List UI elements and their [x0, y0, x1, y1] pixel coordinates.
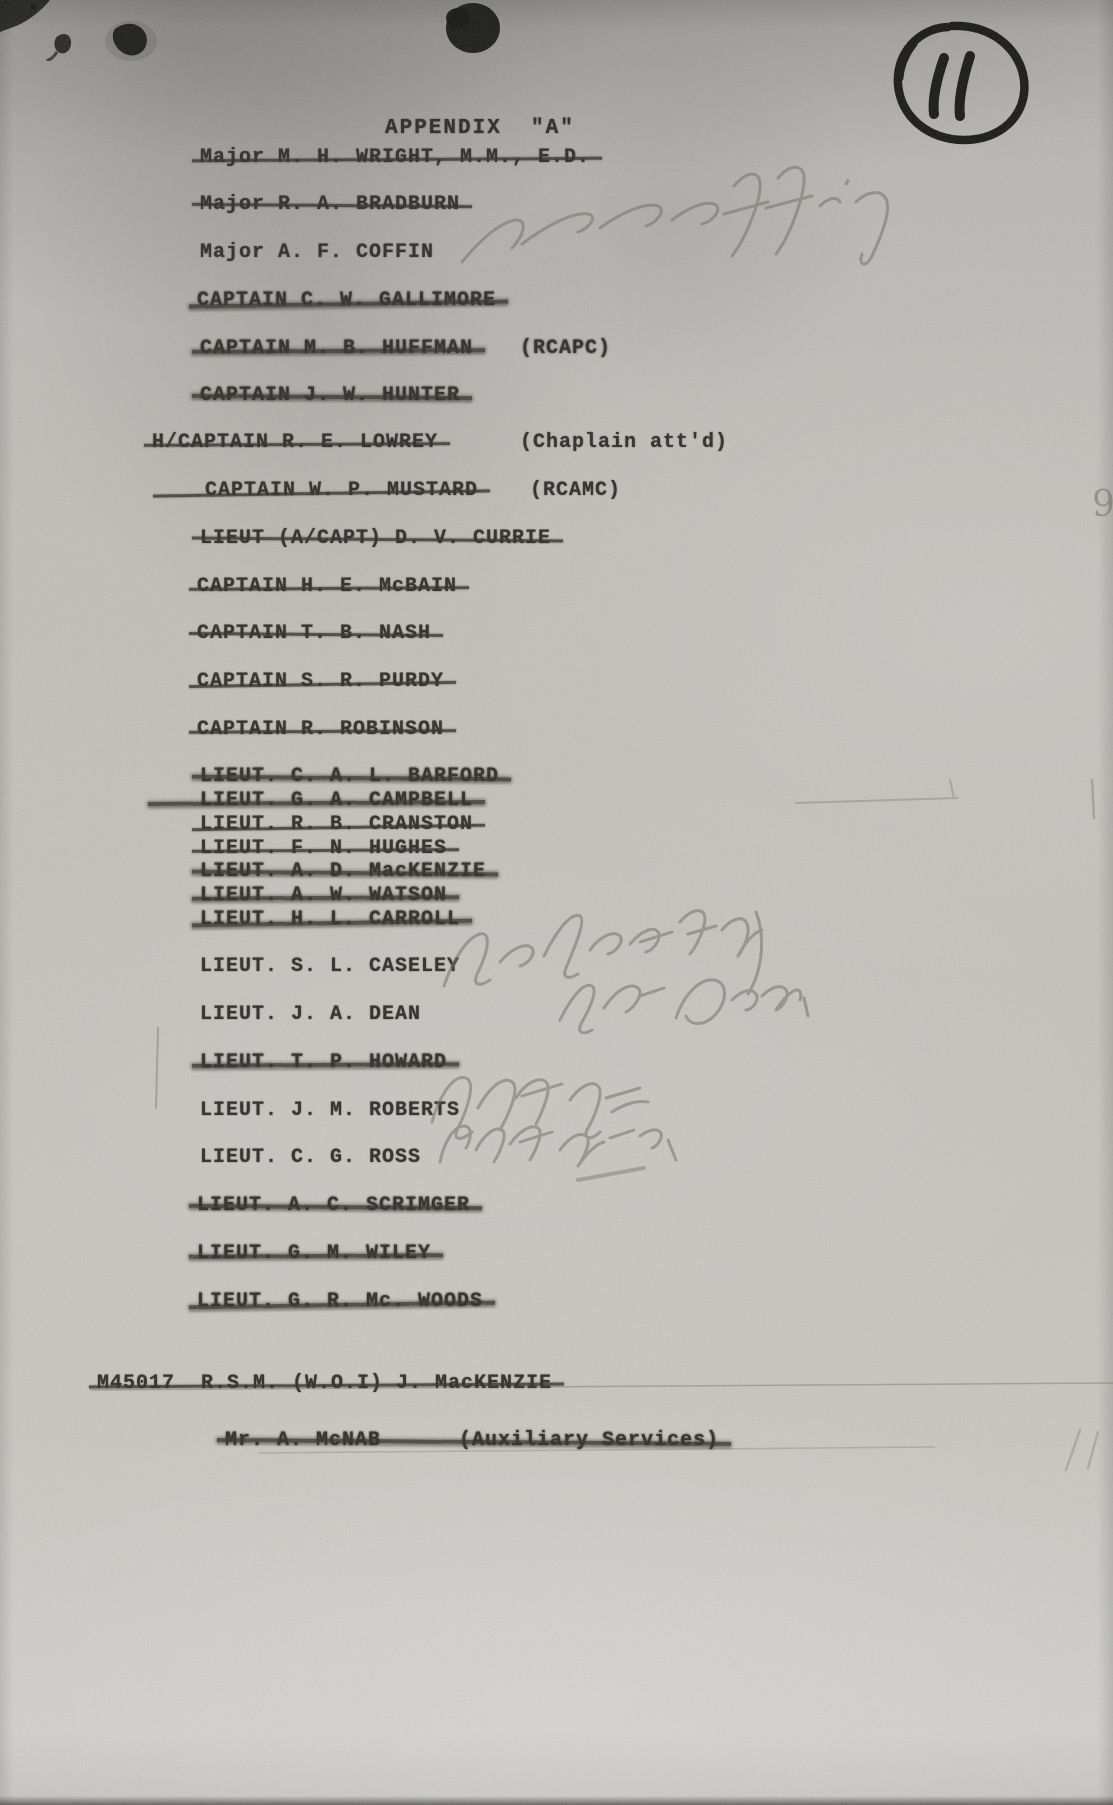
punch-dot-top-center [446, 3, 500, 53]
page-number-digit-1 [934, 58, 944, 114]
ink-blot-top-left-corner [0, 0, 50, 32]
roster-line: Major R. A. BRADBURN [200, 193, 460, 216]
roster-line: LIEUT. C. G. ROSS [200, 1146, 421, 1169]
scan-marks-overlay: 9 [0, 0, 1113, 1805]
punch-dot-bump [446, 8, 470, 28]
roster-line: LIEUT. R. B. CRANSTON [200, 813, 473, 836]
ink-blot-halo [105, 21, 157, 61]
roster-line: Major A. F. COFFIN [200, 241, 434, 264]
roster-note: (RCAMC) [530, 479, 621, 502]
roster-line: LIEUT. J. M. ROBERTS [200, 1099, 460, 1122]
roster-line: CAPTAIN J. W. HUNTER [200, 384, 460, 407]
roster-line: H/CAPTAIN R. E. LOWREY(Chaplain att'd) [152, 431, 438, 454]
roster-line: LIEUT. A. D. MacKENZIE [200, 860, 486, 883]
ink-speck [30, 4, 36, 10]
scan-grain [0, 0, 1113, 1805]
pencil-margin-line [156, 1028, 158, 1108]
roster-line: LIEUT. F. N. HUGHES [200, 837, 447, 860]
signature-ross-scribble [440, 1126, 676, 1180]
pencil-edge-dash [1092, 780, 1094, 818]
circle-overlap-stroke [900, 44, 914, 78]
pencil-rule-mark [796, 780, 958, 803]
signature-roberts-scribble [432, 1077, 648, 1138]
roster-line: LIEUT. A. C. SCRIMGER [197, 1194, 470, 1217]
roster-line: Major M. H. WRIGHT, M.M., E.D. [200, 146, 590, 169]
ink-blot-medium [113, 24, 147, 56]
roster-note: (Chaplain att'd) [520, 431, 728, 454]
roster-line: LIEUT. C. A. L. BARFORD [200, 765, 499, 788]
ink-blot-small [54, 34, 71, 53]
roster-line: LIEUT (A/CAPT) D. V. CURRIE [200, 527, 551, 550]
ink-blot-tail [47, 52, 57, 60]
roster-line: CAPTAIN C. W. GALLIMORE [197, 289, 496, 312]
roster-line: LIEUT. A. W. WATSON [200, 884, 447, 907]
roster-line: CAPTAIN H. E. McBAIN [197, 575, 457, 598]
roster-line: LIEUT. G. A. CAMPBELL [200, 789, 473, 812]
roster-line: M45017 R.S.M. (W.O.I) J. MacKENZIE [97, 1372, 552, 1395]
roster-line: LIEUT. J. A. DEAN [200, 1003, 421, 1026]
roster-note: (RCAPC) [520, 337, 611, 360]
ink-blots [0, 0, 500, 61]
signature-caseley [444, 911, 762, 994]
signature-coffin [462, 167, 888, 264]
roster-line: LIEUT. T. P. HOWARD [200, 1051, 447, 1074]
roster-line: LIEUT. G. R. Mc. WOODS [197, 1290, 483, 1313]
page-number-digit-1b [960, 56, 970, 116]
signature-underline [578, 1168, 644, 1180]
roster-line: LIEUT. H. L. CARROLL [200, 908, 460, 931]
roster-line: LIEUT. G. M. WILEY [197, 1242, 431, 1265]
roster-line: CAPTAIN R. ROBINSON [197, 718, 444, 741]
pencil-corner-slashes [1066, 1430, 1098, 1470]
roster-line: CAPTAIN T. B. NASH [197, 622, 431, 645]
roster-line: LIEUT. S. L. CASELEY [200, 955, 460, 978]
scanned-document-page: APPENDIX "A" Major M. H. WRIGHT, M.M., E… [0, 0, 1113, 1805]
circled-page-number [898, 26, 1025, 140]
page-number-circle [898, 26, 1025, 140]
roster-line: CAPTAIN M. B. HUFFMAN(RCAPC) [200, 337, 473, 360]
margin-mark-9: 9 [1092, 484, 1113, 525]
roster-line: CAPTAIN W. P. MUSTARD(RCAMC) [205, 479, 478, 502]
roster-line: Mr. A. McNAB (Auxiliary Services) [225, 1429, 719, 1452]
page-title: APPENDIX "A" [385, 117, 575, 140]
signature-dean [560, 980, 808, 1033]
roster-line: CAPTAIN S. R. PURDY [197, 670, 444, 693]
